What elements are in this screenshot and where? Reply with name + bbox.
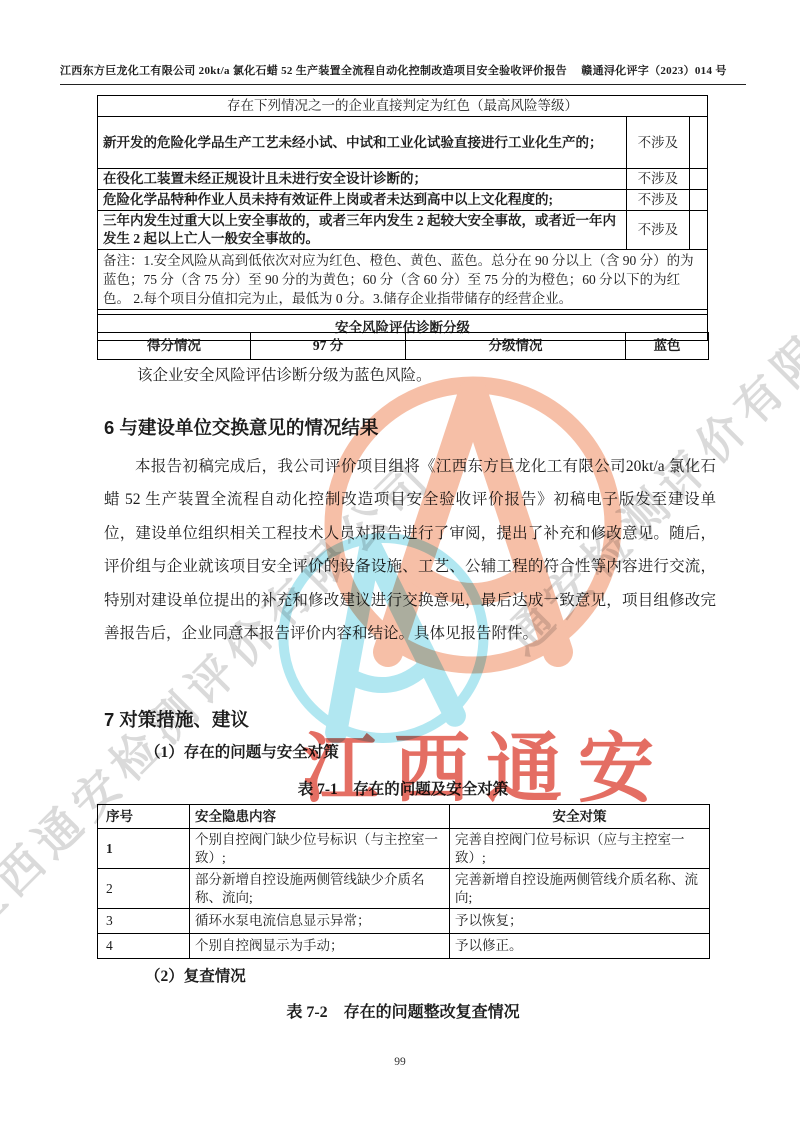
table-row: 1 个别自控阀门缺少位号标识（与主控室一致）; 完善自控阀门位号标识（应与主控室… — [98, 829, 710, 869]
table-row: 在役化工装置未经正规设计且未进行安全设计诊断的； 不涉及 — [98, 169, 708, 190]
risk-score-table: 得分情况 97 分 分级情况 蓝色 — [97, 332, 709, 360]
section-7-sub2-heading: （2）复查情况 — [145, 964, 246, 986]
document-header: 江西东方巨龙化工有限公司 20kt/a 氯化石蜡 52 生产装置全流程自动化控制… — [60, 64, 746, 85]
empty-cell — [689, 117, 707, 169]
section-6-title: 6 与建设单位交换意见的情况结果 — [104, 414, 378, 440]
table-row: 三年内发生过重大以上安全事故的，或者三年内发生 2 起较大安全事故，或者近一年内… — [98, 211, 708, 250]
grade-value-cell: 蓝色 — [626, 332, 709, 359]
table-row: 备注：1.安全风险从高到低依次对应为红色、橙色、黄色、蓝色。总分在 90 分以上… — [98, 250, 708, 310]
risk-table-header-cell: 存在下列情况之一的企业直接判定为红色（最高风险等级） — [98, 96, 708, 117]
col-header-issue: 安全隐患内容 — [190, 805, 450, 829]
risk-judgement-table: 存在下列情况之一的企业直接判定为红色（最高风险等级） 新开发的危险化学品生产工艺… — [97, 95, 708, 341]
row-no-cell: 1 — [98, 829, 190, 869]
risk-status-cell: 不涉及 — [626, 190, 689, 211]
measure-cell: 予以恢复； — [450, 909, 710, 934]
table-row: 危险化学品特种作业人员未持有效证件上岗或者未达到高中以上文化程度的; 不涉及 — [98, 190, 708, 211]
risk-status-cell: 不涉及 — [626, 211, 689, 250]
page-number: 99 — [0, 1056, 800, 1068]
measure-cell: 完善新增自控设施两侧管线介质名称、流向; — [450, 869, 710, 909]
issue-cell: 个别自控阀显示为手动； — [190, 934, 450, 959]
table-row: 3 循环水泵电流信息显示异常； 予以恢复； — [98, 909, 710, 934]
watermark-company-name-red: 江西通安 — [302, 708, 670, 817]
risk-conclusion-text: 该企业安全风险评估诊断分级为蓝色风险。 — [137, 363, 432, 385]
table-row: 得分情况 97 分 分级情况 蓝色 — [98, 332, 709, 359]
issues-measures-table: 序号 安全隐患内容 安全对策 1 个别自控阀门缺少位号标识（与主控室一致）; 完… — [97, 804, 710, 959]
risk-item-cell: 在役化工装置未经正规设计且未进行安全设计诊断的； — [98, 169, 627, 190]
measure-cell: 完善自控阀门位号标识（应与主控室一致）; — [450, 829, 710, 869]
risk-item-cell: 三年内发生过重大以上安全事故的，或者三年内发生 2 起较大安全事故，或者近一年内… — [98, 211, 627, 250]
section-7-sub1-heading: （1）存在的问题与安全对策 — [145, 740, 339, 762]
issue-cell: 部分新增自控设施两侧管线缺少介质名称、流向; — [190, 869, 450, 909]
risk-item-cell: 危险化学品特种作业人员未持有效证件上岗或者未达到高中以上文化程度的; — [98, 190, 627, 211]
row-no-cell: 2 — [98, 869, 190, 909]
grade-label-cell: 分级情况 — [406, 332, 626, 359]
table-row: 2 部分新增自控设施两侧管线缺少介质名称、流向; 完善新增自控设施两侧管线介质名… — [98, 869, 710, 909]
risk-table-note-cell: 备注：1.安全风险从高到低依次对应为红色、橙色、黄色、蓝色。总分在 90 分以上… — [98, 250, 708, 310]
document-page: 通安检测评价有限公司 江西通安检测评价有限公司 江西通安 江西东方巨龙化工有限公… — [0, 0, 800, 1131]
empty-cell — [689, 211, 707, 250]
measure-cell: 予以修正。 — [450, 934, 710, 959]
score-label-cell: 得分情况 — [98, 332, 251, 359]
empty-cell — [689, 190, 707, 211]
row-no-cell: 4 — [98, 934, 190, 959]
row-no-cell: 3 — [98, 909, 190, 934]
table-row: 新开发的危险化学品生产工艺未经小试、中试和工业化试验直接进行工业化生产的； 不涉… — [98, 117, 708, 169]
empty-cell — [689, 169, 707, 190]
issue-cell: 个别自控阀门缺少位号标识（与主控室一致）; — [190, 829, 450, 869]
risk-status-cell: 不涉及 — [626, 169, 689, 190]
score-value-cell: 97 分 — [251, 332, 406, 359]
table-row: 4 个别自控阀显示为手动； 予以修正。 — [98, 934, 710, 959]
table-row: 存在下列情况之一的企业直接判定为红色（最高风险等级） — [98, 96, 708, 117]
table-header-row: 序号 安全隐患内容 安全对策 — [98, 805, 710, 829]
section-6-paragraph: 本报告初稿完成后，我公司评价项目组将《江西东方巨龙化工有限公司20kt/a 氯化… — [104, 450, 716, 650]
risk-item-cell: 新开发的危险化学品生产工艺未经小试、中试和工业化试验直接进行工业化生产的； — [98, 117, 627, 169]
risk-status-cell: 不涉及 — [626, 117, 689, 169]
col-header-measure: 安全对策 — [450, 805, 710, 829]
issue-cell: 循环水泵电流信息显示异常； — [190, 909, 450, 934]
table-7-1-caption: 表 7-1 存在的问题及安全对策 — [97, 777, 709, 799]
section-7-title: 7 对策措施、建议 — [104, 706, 249, 732]
col-header-no: 序号 — [98, 805, 190, 829]
table-7-2-caption: 表 7-2 存在的问题整改复查情况 — [97, 999, 709, 1022]
